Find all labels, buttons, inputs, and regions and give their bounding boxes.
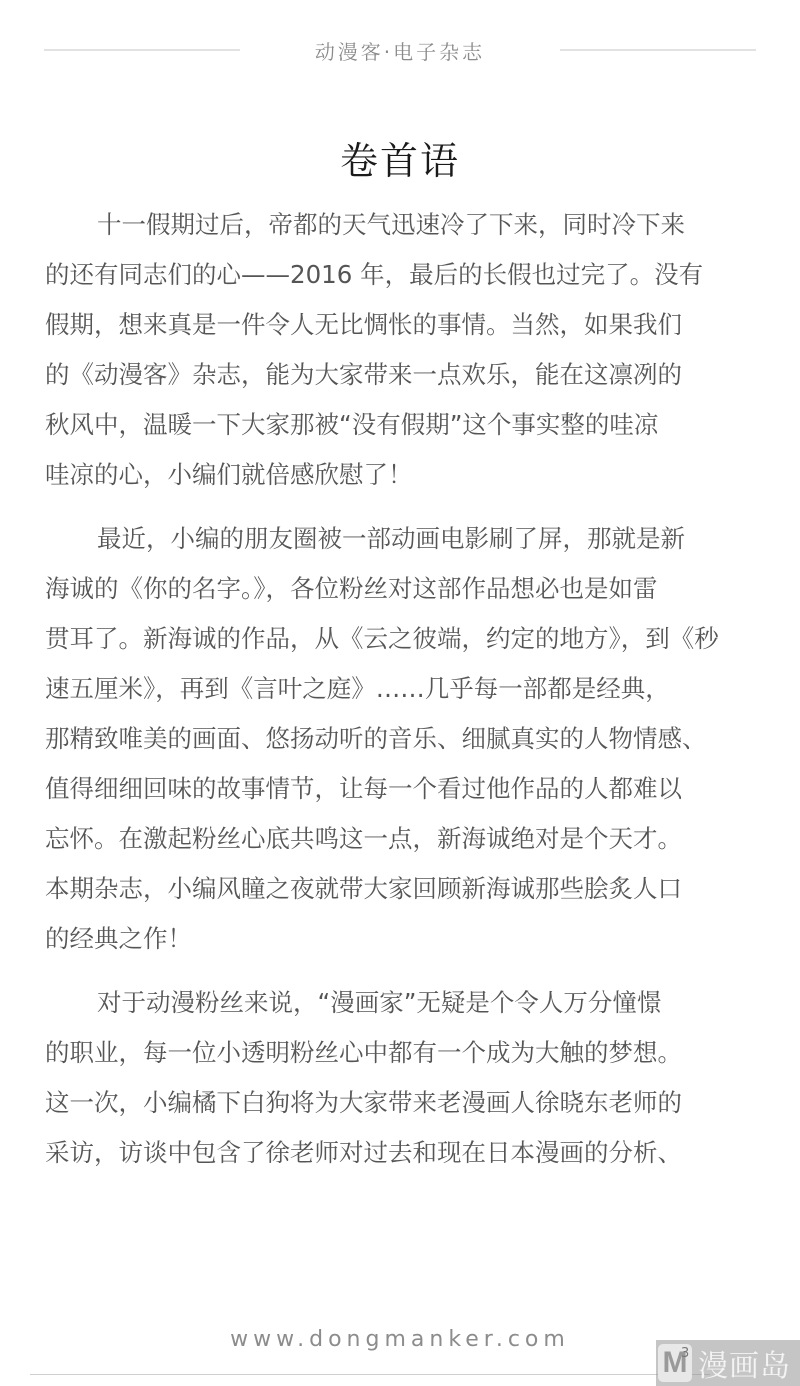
text-line: 本期杂志，小编风瞳之夜就带大家回顾新海诚那些脍炙人口 bbox=[45, 864, 757, 914]
text-line: 那精致唯美的画面、悠扬动听的音乐、细腻真实的人物情感、 bbox=[45, 714, 757, 764]
text-line: 速五厘米》，再到《言叶之庭》……几乎每一部都是经典， bbox=[45, 664, 757, 714]
text-line: 秋风中，温暖一下大家那被“没有假期”这个事实整的哇凉 bbox=[45, 400, 757, 450]
text-line: 海诚的《你的名字。》，各位粉丝对这部作品想必也是如雷 bbox=[45, 564, 757, 614]
text-line: 贯耳了。新海诚的作品，从《云之彼端，约定的地方》，到《秒 bbox=[45, 614, 757, 664]
watermark-text: 漫画岛 bbox=[698, 1341, 791, 1385]
text-line: 十一假期过后，帝都的天气迅速冷了下来，同时冷下来 bbox=[45, 200, 757, 250]
text-line: 这一次，小编橘下白狗将为大家带来老漫画人徐晓东老师的 bbox=[45, 1078, 757, 1128]
text-line: 忘怀。在激起粉丝心底共鸣这一点，新海诚绝对是个天才。 bbox=[45, 814, 757, 864]
header-rule-right bbox=[560, 49, 756, 51]
text-line: 的职业，每一位小透明粉丝心中都有一个成为大触的梦想。 bbox=[45, 1028, 757, 1078]
paragraph-1: 十一假期过后，帝都的天气迅速冷了下来，同时冷下来 的还有同志们的心——2016 … bbox=[45, 200, 757, 500]
page-number: 3 bbox=[681, 1346, 689, 1361]
paragraph-spacer bbox=[45, 500, 757, 514]
footer-rule bbox=[30, 1374, 710, 1375]
text-line: 哇凉的心，小编们就倍感欣慰了！ bbox=[45, 450, 757, 500]
text-line: 采访，访谈中包含了徐老师对过去和现在日本漫画的分析、 bbox=[45, 1128, 757, 1178]
text-line: 的还有同志们的心——2016 年，最后的长假也过完了。没有 bbox=[45, 250, 757, 300]
text-line: 的《动漫客》杂志，能为大家带来一点欢乐，能在这凛冽的 bbox=[45, 350, 757, 400]
page-title: 卷首语 bbox=[0, 130, 800, 185]
header-rule-left bbox=[44, 49, 240, 51]
paragraph-2: 最近，小编的朋友圈被一部动画电影刷了屏，那就是新 海诚的《你的名字。》，各位粉丝… bbox=[45, 514, 757, 964]
text-line: 最近，小编的朋友圈被一部动画电影刷了屏，那就是新 bbox=[45, 514, 757, 564]
text-line: 值得细细回味的故事情节，让每一个看过他作品的人都难以 bbox=[45, 764, 757, 814]
watermark: M 漫画岛 bbox=[656, 1340, 800, 1386]
magazine-name: 动漫客·电子杂志 bbox=[240, 36, 560, 65]
text-line: 的经典之作！ bbox=[45, 914, 757, 964]
article-body: 十一假期过后，帝都的天气迅速冷了下来，同时冷下来 的还有同志们的心——2016 … bbox=[45, 200, 757, 1178]
magazine-header: 动漫客·电子杂志 bbox=[0, 30, 800, 70]
text-line: 对于动漫粉丝来说，“漫画家”无疑是个令人万分憧憬 bbox=[45, 978, 757, 1028]
text-line: 假期，想来真是一件令人无比惆怅的事情。当然，如果我们 bbox=[45, 300, 757, 350]
paragraph-3: 对于动漫粉丝来说，“漫画家”无疑是个令人万分憧憬 的职业，每一位小透明粉丝心中都… bbox=[45, 978, 757, 1178]
paragraph-spacer bbox=[45, 964, 757, 978]
